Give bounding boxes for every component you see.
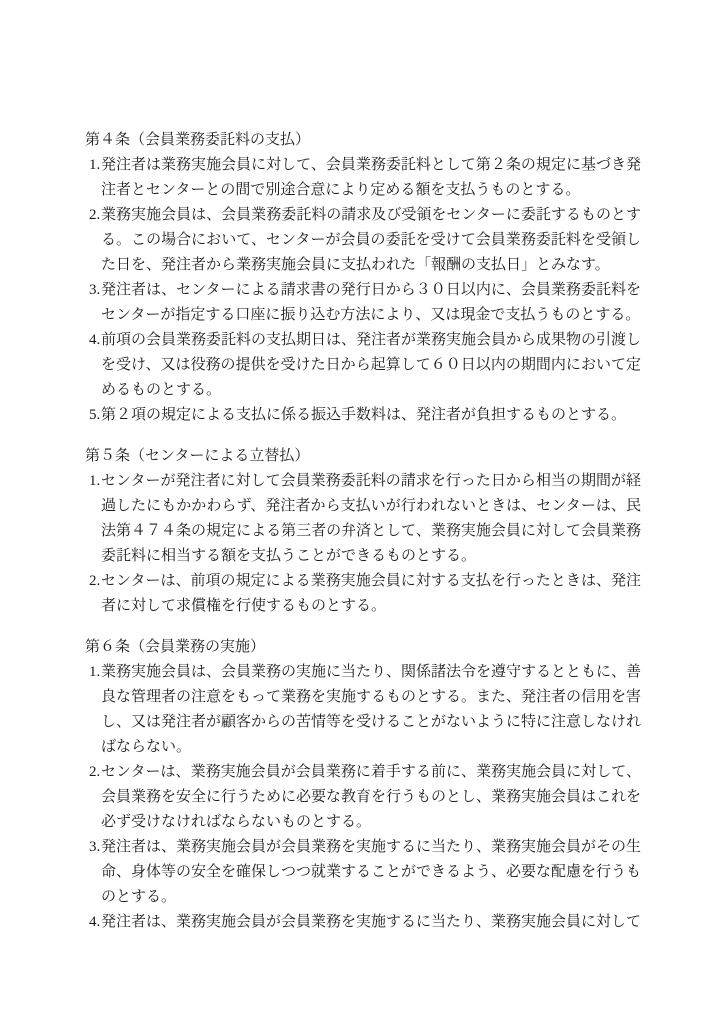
clause-number: 3.	[89, 278, 101, 303]
clause-text: 発注者は、センターによる請求書の発行日から３０日以内に、会員業務委託料をセンター…	[101, 282, 641, 323]
clause-text: センターが発注者に対して会員業務委託料の請求を行った日から相当の期間が経過したに…	[101, 473, 641, 564]
document-page: 第４条（会員業務委託料の支払） 1.発注者は業務実施会員に対して、会員業務委託料…	[0, 0, 724, 1024]
article-section-5: 第５条（センターによる立替払） 1.センターが発注者に対して会員業務委託料の請求…	[85, 444, 641, 619]
clause-number: 2.	[89, 203, 101, 228]
article-heading: 第４条（会員業務委託料の支払）	[85, 128, 641, 153]
clause-text: 発注者は、業務実施会員が会員業務を実施するに当たり、業務実施会員がその生命、身体…	[101, 839, 641, 905]
clause-text: 前項の会員業務委託料の支払期日は、発注者が業務実施会員から成果物の引渡しを受け、…	[101, 332, 641, 398]
clause-number: 1.	[89, 153, 101, 178]
clause-item: 1.発注者は業務実施会員に対して、会員業務委託料として第２条の規定に基づき発注者…	[89, 153, 641, 203]
clause-item: 4.前項の会員業務委託料の支払期日は、発注者が業務実施会員から成果物の引渡しを受…	[89, 328, 641, 403]
clause-item: 3.発注者は、センターによる請求書の発行日から３０日以内に、会員業務委託料をセン…	[89, 278, 641, 328]
clause-item: 3.発注者は、業務実施会員が会員業務を実施するに当たり、業務実施会員がその生命、…	[89, 835, 641, 910]
clause-text: 業務実施会員は、会員業務の実施に当たり、関係諸法令を遵守するとともに、善良な管理…	[101, 664, 641, 755]
document-body: 第４条（会員業務委託料の支払） 1.発注者は業務実施会員に対して、会員業務委託料…	[85, 128, 641, 935]
clause-text: センターは、前項の規定による業務実施会員に対する支払を行ったときは、発注者に対し…	[101, 573, 641, 614]
clause-number: 5.	[89, 403, 101, 428]
clause-text: 第２項の規定による支払に係る振込手数料は、発注者が負担するものとする。	[101, 407, 626, 423]
clause-item: 4.発注者は、業務実施会員が会員業務を実施するに当たり、業務実施会員に対して	[89, 910, 641, 935]
clause-item: 1.業務実施会員は、会員業務の実施に当たり、関係諸法令を遵守するとともに、善良な…	[89, 660, 641, 760]
clause-number: 2.	[89, 569, 101, 594]
clause-item: 1.センターが発注者に対して会員業務委託料の請求を行った日から相当の期間が経過し…	[89, 469, 641, 569]
clause-text: センターは、業務実施会員が会員業務に着手する前に、業務実施会員に対して、会員業務…	[101, 764, 641, 830]
clause-number: 4.	[89, 910, 101, 935]
clause-number: 1.	[89, 660, 101, 685]
clause-item: 5.第２項の規定による支払に係る振込手数料は、発注者が負担するものとする。	[89, 403, 641, 428]
clause-text: 業務実施会員は、会員業務委託料の請求及び受領をセンターに委託するものとする。この…	[101, 207, 641, 273]
clause-number: 4.	[89, 328, 101, 353]
clause-item: 2.センターは、前項の規定による業務実施会員に対する支払を行ったときは、発注者に…	[89, 569, 641, 619]
clause-item: 2.業務実施会員は、会員業務委託料の請求及び受領をセンターに委託するものとする。…	[89, 203, 641, 278]
article-section-4: 第４条（会員業務委託料の支払） 1.発注者は業務実施会員に対して、会員業務委託料…	[85, 128, 641, 428]
clause-text: 発注者は業務実施会員に対して、会員業務委託料として第２条の規定に基づき発注者とセ…	[101, 157, 641, 198]
clause-number: 1.	[89, 469, 101, 494]
article-section-6: 第６条（会員業務の実施） 1.業務実施会員は、会員業務の実施に当たり、関係諸法令…	[85, 635, 641, 935]
article-heading: 第６条（会員業務の実施）	[85, 635, 641, 660]
clause-number: 2.	[89, 760, 101, 785]
clause-item: 2.センターは、業務実施会員が会員業務に着手する前に、業務実施会員に対して、会員…	[89, 760, 641, 835]
clause-number: 3.	[89, 835, 101, 860]
article-heading: 第５条（センターによる立替払）	[85, 444, 641, 469]
clause-text: 発注者は、業務実施会員が会員業務を実施するに当たり、業務実施会員に対して	[101, 914, 641, 930]
